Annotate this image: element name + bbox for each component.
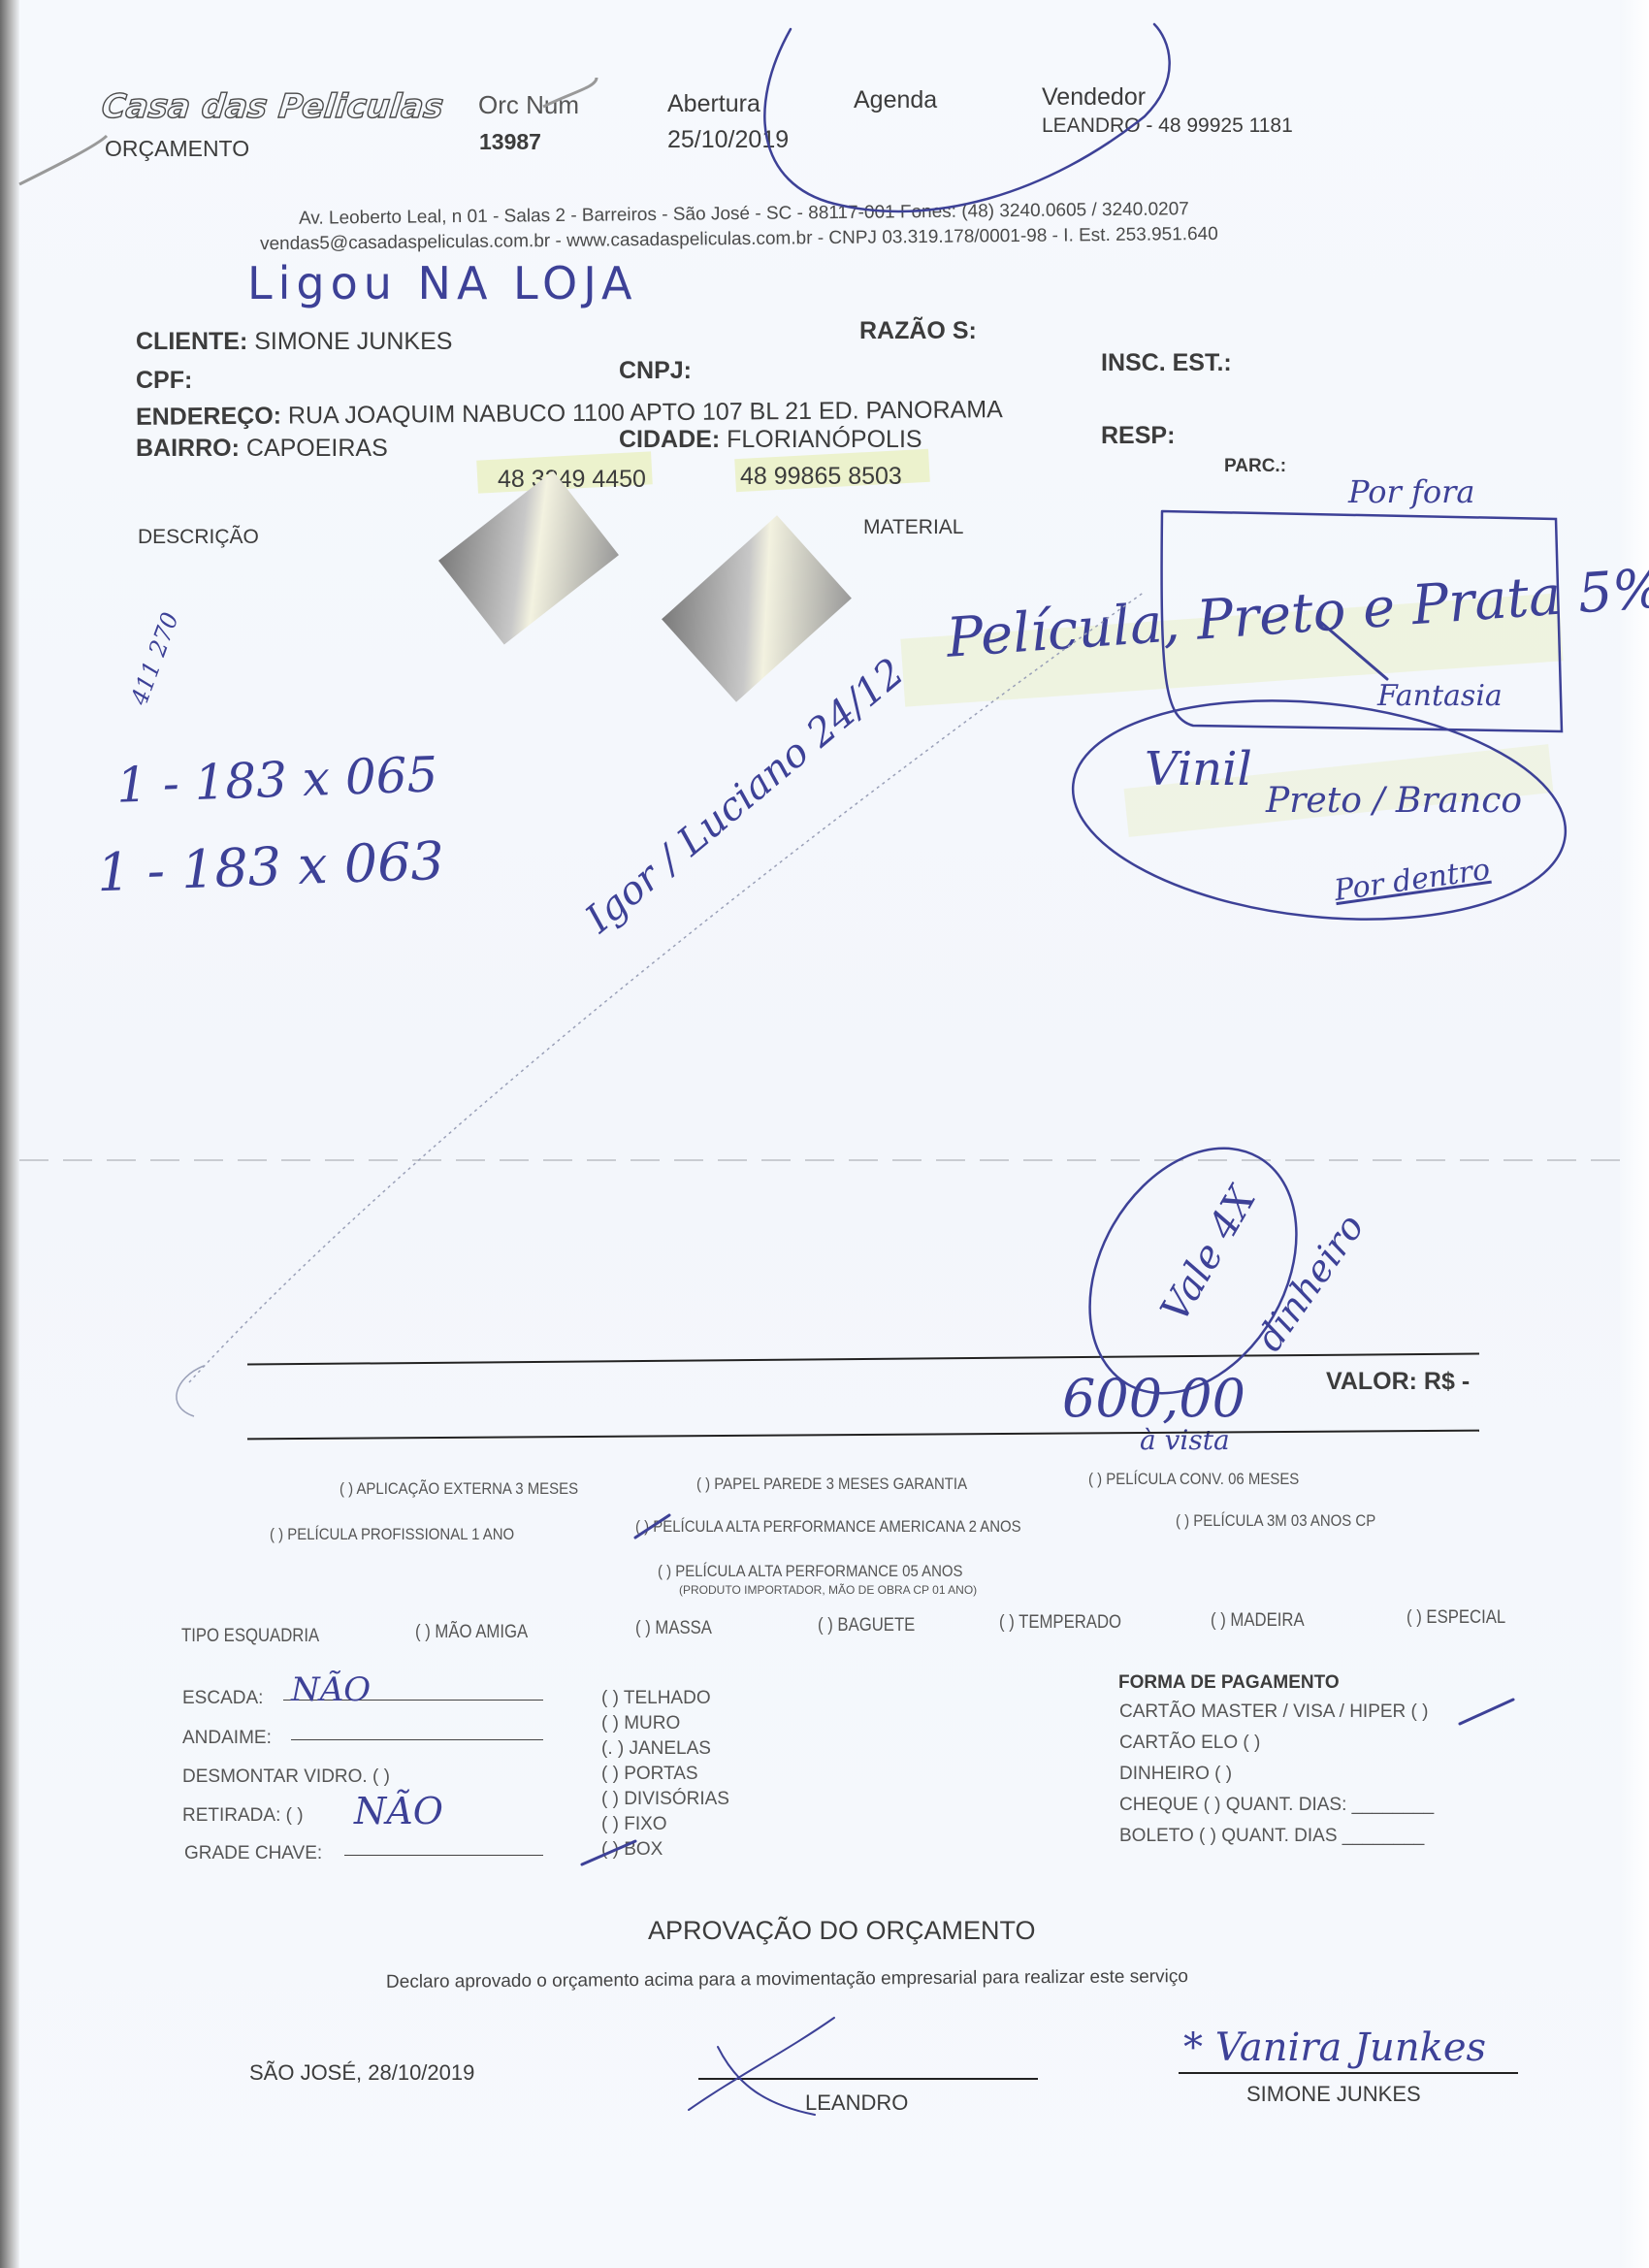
warranty-option[interactable]: ( ) PELÍCULA CONV. 06 MESES xyxy=(1088,1470,1299,1489)
scan-edge-left xyxy=(0,0,19,2268)
andaime-label: ANDAIME: xyxy=(182,1728,272,1749)
location-option[interactable]: ( ) MURO xyxy=(601,1713,680,1734)
grade-chave-field[interactable] xyxy=(344,1855,543,1856)
cliente-field: CLIENTE: SIMONE JUNKES xyxy=(136,328,452,356)
warranty-footnote: (PRODUTO IMPORTADOR, MÃO DE OBRA CP 01 A… xyxy=(679,1583,977,1597)
warranty-option[interactable]: ( ) PELÍCULA ALTA PERFORMANCE 05 ANOS xyxy=(658,1562,963,1581)
valor-label: VALOR: R$ - xyxy=(1326,1368,1470,1396)
descricao-label: DESCRIÇÃO xyxy=(138,526,259,549)
payment-option[interactable]: CHEQUE ( ) QUANT. DIAS: ________ xyxy=(1119,1795,1434,1816)
abertura-label: Abertura xyxy=(667,90,760,118)
location-option[interactable]: (. ) JANELAS xyxy=(601,1738,711,1760)
hand-preto-branco: Preto / Branco xyxy=(1266,781,1522,821)
phone-2: 48 99865 8503 xyxy=(740,463,902,491)
hand-line-1: 1 - 183 x 065 xyxy=(115,746,438,814)
company-logo: Casa das Peliculas xyxy=(100,87,445,126)
andaime-field[interactable] xyxy=(291,1739,543,1740)
insc-est-label: INSC. EST.: xyxy=(1101,349,1232,377)
bairro-field: BAIRRO: CAPOEIRAS xyxy=(136,435,388,463)
payment-option[interactable]: CARTÃO ELO ( ) xyxy=(1119,1733,1260,1754)
phone-1: 48 3249 4450 xyxy=(498,466,646,494)
orc-num-label: Orc Num xyxy=(478,90,579,120)
payment-option[interactable]: BOLETO ( ) QUANT. DIAS ________ xyxy=(1119,1826,1424,1847)
orc-num: 13987 xyxy=(479,129,541,155)
warranty-option[interactable]: ( ) PELÍCULA 3M 03 ANOS CP xyxy=(1176,1511,1375,1531)
material-label: MATERIAL xyxy=(863,516,963,539)
parc-label: PARC.: xyxy=(1224,456,1286,477)
scan-edge-right xyxy=(1620,0,1649,2268)
warranty-option[interactable]: ( ) PELÍCULA PROFISSIONAL 1 ANO xyxy=(270,1525,514,1544)
handwritten-note-ligou: Ligou NA LOJA xyxy=(247,257,637,309)
payment-option[interactable]: DINHEIRO ( ) xyxy=(1119,1764,1232,1785)
location-option[interactable]: ( ) PORTAS xyxy=(601,1764,698,1785)
payment-option-checked[interactable]: CARTÃO MASTER / VISA / HIPER ( ) xyxy=(1119,1701,1428,1723)
desmontar-vidro-option[interactable]: DESMONTAR VIDRO. ( ) xyxy=(182,1766,390,1788)
razao-label: RAZÃO S: xyxy=(859,317,977,345)
seller-signature-line xyxy=(698,2078,1038,2080)
payment-title: FORMA DE PAGAMENTO xyxy=(1118,1672,1340,1694)
warranty-option[interactable]: ( ) PAPEL PAREDE 3 MESES GARANTIA xyxy=(696,1474,967,1494)
cidade-field: CIDADE: FLORIANÓPOLIS xyxy=(619,426,922,454)
fold-line xyxy=(19,1159,1620,1161)
vendedor-value: LEANDRO - 48 99925 1181 xyxy=(1042,114,1293,138)
hand-line-2: 1 - 183 x 063 xyxy=(96,830,445,903)
bairro-value: CAPOEIRAS xyxy=(246,435,388,462)
endereco-value: RUA JOAQUIM NABUCO 1100 APTO 107 BL 21 E… xyxy=(288,396,1003,429)
location-option-checked[interactable]: ( ) BOX xyxy=(601,1839,663,1861)
resp-label: RESP: xyxy=(1101,422,1175,450)
warranty-option[interactable]: ( ) APLICAÇÃO EXTERNA 3 MESES xyxy=(339,1479,578,1499)
retirada-value: NÃO xyxy=(354,1790,443,1832)
client-signature-line xyxy=(1179,2072,1518,2074)
warranty-option-checked[interactable]: ( ) PELÍCULA ALTA PERFORMANCE AMERICANA … xyxy=(635,1517,1021,1537)
client-signature: * Vanira Junkes xyxy=(1183,2025,1486,2070)
cliente-value: SIMONE JUNKES xyxy=(254,328,452,355)
vendedor-label: Vendedor xyxy=(1042,83,1146,112)
hand-porfora: Por fora xyxy=(1348,473,1474,510)
approval-title: APROVAÇÃO DO ORÇAMENTO xyxy=(648,1916,1036,1946)
escada-label: ESCADA: xyxy=(182,1688,263,1709)
document-type: ORÇAMENTO xyxy=(105,136,249,162)
seller-name: LEANDRO xyxy=(805,2090,908,2116)
esquadria-option[interactable]: ( ) MADEIRA xyxy=(1211,1610,1305,1632)
location-option[interactable]: ( ) FIXO xyxy=(601,1814,667,1835)
esquadria-option[interactable]: ( ) ESPECIAL xyxy=(1406,1607,1505,1629)
location-option[interactable]: ( ) DIVISÓRIAS xyxy=(601,1789,729,1810)
esquadria-option[interactable]: ( ) BAGUETE xyxy=(818,1615,915,1636)
esquadria-label: TIPO ESQUADRIA xyxy=(181,1626,319,1647)
escada-value: NÃO xyxy=(291,1670,371,1709)
hand-amount: 600,00 xyxy=(1062,1368,1245,1429)
hand-avista: à vista xyxy=(1140,1424,1230,1456)
hand-fantasia: Fantasia xyxy=(1377,679,1503,713)
hand-vinil: Vinil xyxy=(1145,742,1252,796)
location-option[interactable]: ( ) TELHADO xyxy=(601,1688,711,1709)
esquadria-option[interactable]: ( ) MASSA xyxy=(635,1618,712,1639)
place-date: SÃO JOSÉ, 28/10/2019 xyxy=(249,2060,474,2086)
retirada-option[interactable]: RETIRADA: ( ) xyxy=(182,1805,304,1827)
grade-chave-label: GRADE CHAVE: xyxy=(184,1843,322,1864)
cpf-label: CPF: xyxy=(136,367,192,395)
abertura-date: 25/10/2019 xyxy=(667,126,789,154)
agenda-label: Agenda xyxy=(854,86,937,114)
cidade-value: FLORIANÓPOLIS xyxy=(727,426,921,453)
esquadria-option[interactable]: ( ) TEMPERADO xyxy=(999,1612,1121,1634)
client-name: SIMONE JUNKES xyxy=(1246,2082,1421,2107)
esquadria-option[interactable]: ( ) MÃO AMIGA xyxy=(415,1622,528,1643)
cnpj-label: CNPJ: xyxy=(619,357,692,385)
